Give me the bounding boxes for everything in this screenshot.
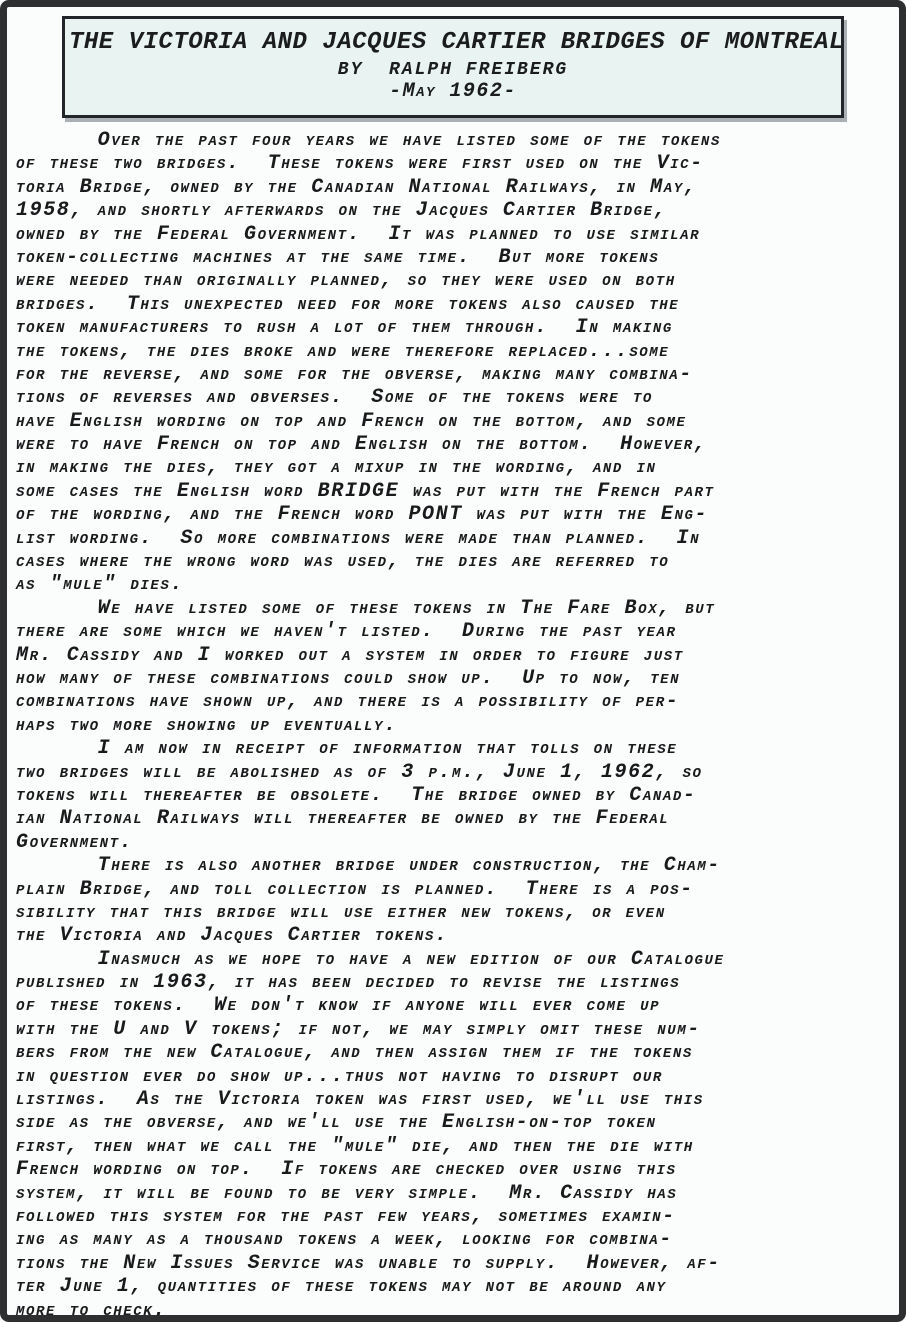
body-line: tokens will thereafter be obsolete. The … (16, 784, 890, 807)
body-line: bers from the new Catalogue, and then as… (16, 1041, 890, 1064)
page-title: THE VICTORIA AND JACQUES CARTIER BRIDGES… (69, 29, 837, 57)
header-box: THE VICTORIA AND JACQUES CARTIER BRIDGES… (62, 16, 844, 118)
body-line: Government. (16, 831, 890, 854)
body-line: list wording. So more combinations were … (16, 527, 890, 550)
body-line: of these tokens. We don't know if anyone… (16, 994, 890, 1017)
body-line: with the U and V tokens; if not, we may … (16, 1018, 890, 1041)
body-line: published in 1963, it has been decided t… (16, 971, 890, 994)
body-line: ing as many as a thousand tokens a week,… (16, 1228, 890, 1251)
body-line: There is also another bridge under const… (16, 854, 890, 877)
body-line: the tokens, the dies broke and were ther… (16, 340, 890, 363)
body-line: We have listed some of these tokens in T… (16, 597, 890, 620)
body-line: token manufacturers to rush a lot of the… (16, 316, 890, 339)
body-line: in making the dies, they got a mixup in … (16, 456, 890, 479)
body-line: tions of reverses and obverses. Some of … (16, 386, 890, 409)
body-line: as "mule" dies. (16, 573, 890, 596)
body-line: side as the obverse, and we'll use the E… (16, 1111, 890, 1134)
body-line: the Victoria and Jacques Cartier tokens. (16, 924, 890, 947)
body-line: Mr. Cassidy and I worked out a system in… (16, 644, 890, 667)
byline: BY RALPH FREIBERG (69, 59, 837, 81)
body-line: bridges. This unexpected need for more t… (16, 293, 890, 316)
body-line: ian National Railways will thereafter be… (16, 807, 890, 830)
body-line: some cases the English word BRIDGE was p… (16, 480, 890, 503)
body-line: were to have French on top and English o… (16, 433, 890, 456)
body-line: sibility that this bridge will use eithe… (16, 901, 890, 924)
body-line: have English wording on top and French o… (16, 410, 890, 433)
body-line: how many of these combinations could sho… (16, 667, 890, 690)
body-line: toria Bridge, owned by the Canadian Nati… (16, 176, 890, 199)
body-line: ter June 1, quantities of these tokens m… (16, 1275, 890, 1298)
body-line: of these two bridges. These tokens were … (16, 152, 890, 175)
body-line: followed this system for the past few ye… (16, 1205, 890, 1228)
body-line: haps two more showing up eventually. (16, 714, 890, 737)
body-line: two bridges will be abolished as of 3 p.… (16, 761, 890, 784)
body-line: combinations have shown up, and there is… (16, 690, 890, 713)
body-line: first, then what we call the "mule" die,… (16, 1135, 890, 1158)
body-line: Over the past four years we have listed … (16, 129, 890, 152)
body-line: for the reverse, and some for the obvers… (16, 363, 890, 386)
page-frame: THE VICTORIA AND JACQUES CARTIER BRIDGES… (0, 0, 906, 1322)
body-line: were needed than originally planned, so … (16, 269, 890, 292)
body-line: 1958, and shortly afterwards on the Jacq… (16, 199, 890, 222)
body-line: cases where the wrong word was used, the… (16, 550, 890, 573)
body-line: more to check. (16, 1299, 890, 1322)
body-line: tions the New Issues Service was unable … (16, 1252, 890, 1275)
body-line: of the wording, and the French word PONT… (16, 503, 890, 526)
article-body: Over the past four years we have listed … (16, 129, 890, 1322)
body-line: in question ever do show up...thus not h… (16, 1065, 890, 1088)
body-line: system, it will be found to be very simp… (16, 1182, 890, 1205)
date-line: -May 1962- (69, 81, 837, 103)
body-line: Inasmuch as we hope to have a new editio… (16, 948, 890, 971)
body-line: I am now in receipt of information that … (16, 737, 890, 760)
body-line: owned by the Federal Government. It was … (16, 223, 890, 246)
body-line: token-collecting machines at the same ti… (16, 246, 890, 269)
body-line: there are some which we haven't listed. … (16, 620, 890, 643)
body-line: French wording on top. If tokens are che… (16, 1158, 890, 1181)
body-line: listings. As the Victoria token was firs… (16, 1088, 890, 1111)
body-line: plain Bridge, and toll collection is pla… (16, 878, 890, 901)
